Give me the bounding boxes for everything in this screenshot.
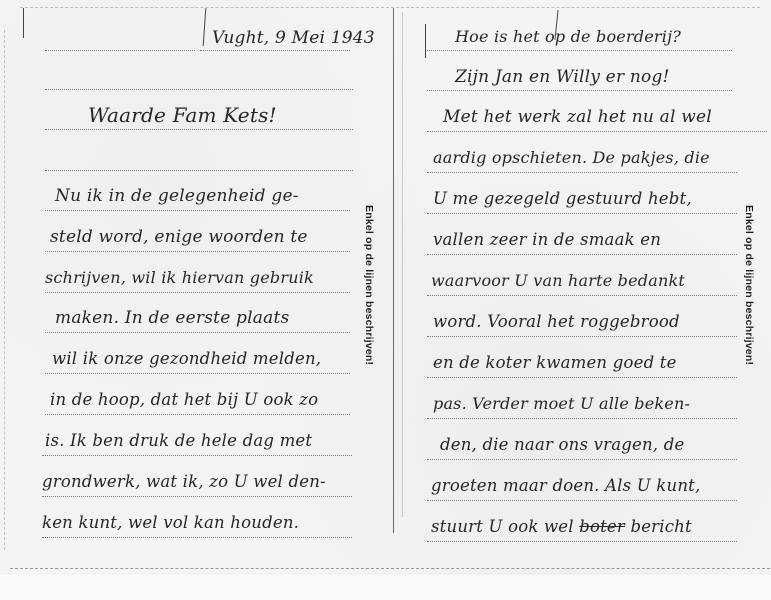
- ruled-line: [427, 295, 737, 296]
- letter-line: word. Vooral het roggebrood: [433, 312, 680, 331]
- ruled-line: [427, 541, 737, 542]
- letter-line: groeten maar doen. Als U kunt,: [431, 476, 700, 495]
- letter-line: steld word, enige woorden te: [50, 227, 308, 247]
- letter-line: ken kunt, wel vol kan houden.: [42, 513, 299, 532]
- scan-margin: [0, 575, 771, 600]
- ruled-line: [45, 50, 195, 51]
- last-line-start: stuurt U ook wel: [431, 517, 574, 536]
- ruled-line: [42, 537, 352, 538]
- ruled-line: [45, 332, 350, 333]
- ruled-line: [45, 292, 350, 293]
- ruled-line: [45, 373, 350, 374]
- letter-line: in de hoop, dat het bij U ook zo: [50, 390, 318, 409]
- ruled-line: [427, 50, 732, 51]
- ruled-line: [45, 414, 350, 415]
- ruled-line: [42, 496, 352, 497]
- ruled-line: [427, 500, 737, 501]
- letter-line: wil ik onze gezondheid melden,: [52, 349, 321, 368]
- ruled-line: [427, 254, 737, 255]
- bottom-frame-line: [10, 568, 770, 569]
- letter-line: den, die naar ons vragen, de: [440, 435, 684, 454]
- last-line-end: bericht: [630, 517, 691, 536]
- letter-line: vallen zeer in de smaak en: [433, 230, 661, 249]
- ruled-line: [427, 377, 737, 378]
- print-instruction-left: Enkel op de lijnen beschrijven!: [363, 205, 375, 365]
- ruled-line: [427, 90, 732, 91]
- letter-line: grondwerk, wat ik, zo U wel den-: [42, 472, 326, 491]
- ruled-line: [427, 459, 737, 460]
- letter-line: aardig opschieten. De pakjes, die: [433, 148, 710, 167]
- ruled-line: [45, 89, 353, 90]
- letter-line: pas. Verder moet U alle beken-: [433, 394, 690, 413]
- letter-line: U me gezegeld gestuurd hebt,: [433, 189, 692, 208]
- ruled-line: [427, 418, 737, 419]
- struck-word: boter: [579, 517, 625, 536]
- letter-scan: Vught, 9 Mei 1943 Waarde Fam Kets! Nu ik…: [0, 0, 771, 600]
- letter-line: Met het werk zal het nu al wel: [443, 107, 712, 127]
- letter-line: waarvoor U van harte bedankt: [431, 271, 685, 290]
- letter-line: maken. In de eerste plaats: [55, 308, 289, 328]
- ruled-line: [45, 170, 353, 171]
- ruled-line: [45, 251, 350, 252]
- ruled-line: [427, 336, 737, 337]
- letter-line: is. Ik ben druk de hele dag met: [45, 431, 312, 450]
- ruled-line: [200, 50, 350, 51]
- ruled-line: [42, 455, 352, 456]
- letter-line-last: stuurt U ook wel boter bericht: [431, 517, 692, 536]
- ruled-line: [45, 210, 350, 211]
- ruled-line: [427, 131, 767, 132]
- ruled-line: [45, 129, 353, 130]
- print-instruction-right: Enkel op de lijnen beschrijven!: [743, 205, 755, 365]
- place-date: Vught, 9 Mei 1943: [212, 28, 375, 48]
- letter-line: schrijven, wil ik hiervan gebruik: [45, 268, 314, 287]
- letter-line: en de koter kwamen goed te: [433, 353, 677, 372]
- ruled-line: [427, 213, 737, 214]
- letter-line: Nu ik in de gelegenheid ge-: [55, 186, 299, 206]
- salutation: Waarde Fam Kets!: [88, 103, 277, 127]
- right-page: Hoe is het op de boerderij? Zijn Jan en …: [395, 0, 771, 560]
- letter-line: Hoe is het op de boerderij?: [455, 27, 681, 46]
- ruled-line: [427, 172, 737, 173]
- left-page: Vught, 9 Mei 1943 Waarde Fam Kets! Nu ik…: [0, 0, 393, 560]
- letter-line: Zijn Jan en Willy er nog!: [455, 67, 670, 87]
- page-fold-divider: [393, 8, 394, 533]
